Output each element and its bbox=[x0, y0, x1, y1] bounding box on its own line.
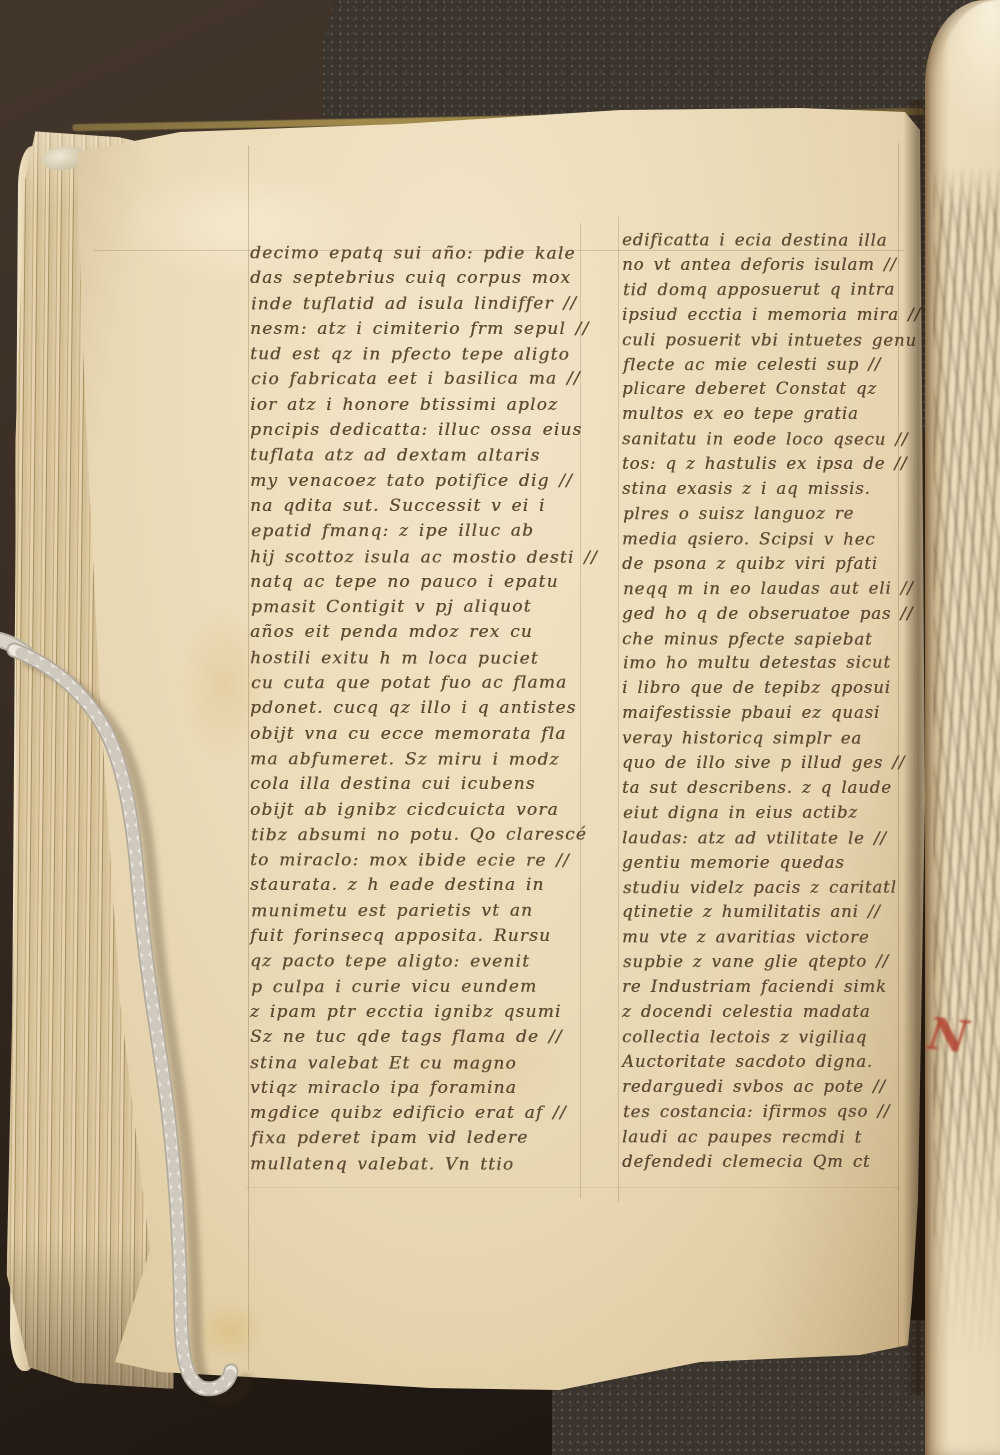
manuscript-line: p culpa i curie vicu eundem bbox=[251, 974, 599, 1000]
text-column-right: edificatta i ecia destina illano vt ante… bbox=[622, 228, 917, 1174]
manuscript-line: hij scottoz isula ac mostio desti // bbox=[250, 545, 598, 571]
manuscript-line: staurata. z h eade destina in bbox=[250, 873, 598, 898]
manuscript-line: redarguedi svbos ac pote // bbox=[622, 1075, 917, 1100]
parchment-stain bbox=[195, 1300, 265, 1360]
manuscript-line: studiu videlz pacis z caritatl bbox=[623, 875, 918, 901]
manuscript-line: ma abfumeret. Sz miru i modz bbox=[250, 747, 598, 773]
manuscript-line: inde tuflatid ad isula lindiffer // bbox=[251, 291, 599, 317]
manuscript-line: cola illa destina cui icubens bbox=[250, 772, 598, 797]
manuscript-line: edificatta i ecia destina illa bbox=[622, 228, 917, 253]
manuscript-line: cio fabricata eet i basilica ma // bbox=[251, 367, 599, 393]
manuscript-line: gentiu memorie quedas bbox=[622, 851, 917, 876]
manuscript-line: tud est qz in pfecto tepe aligto bbox=[250, 342, 598, 368]
manuscript-line: das septebrius cuiq corpus mox bbox=[250, 266, 598, 291]
manuscript-line: decimo epatq sui año: pdie kale bbox=[250, 241, 598, 267]
manuscript-line: ta sut describens. z q laude bbox=[622, 776, 917, 801]
manuscript-line: pdonet. cucq qz illo i q antistes bbox=[250, 696, 598, 721]
manuscript-line: mgdice quibz edificio erat af // bbox=[250, 1101, 598, 1126]
ruling-line-vertical bbox=[248, 145, 249, 1370]
manuscript-line: hostili exitu h m loca puciet bbox=[250, 646, 598, 672]
manuscript-line: ior atz i honore btissimi aploz bbox=[250, 393, 598, 418]
manuscript-line: eiut digna in eius actibz bbox=[623, 801, 918, 827]
manuscript-line: Auctoritate sacdoto digna. bbox=[622, 1050, 917, 1075]
manuscript-line: tos: q z hastulis ex ipsa de // bbox=[622, 452, 917, 477]
manuscript-line: pmasit Contigit v pj aliquot bbox=[251, 595, 599, 621]
manuscript-line: tes costancia: ifirmos qso // bbox=[623, 1099, 918, 1125]
manuscript-line: flecte ac mie celesti sup // bbox=[623, 352, 918, 378]
manuscript-line: sanitatu in eode loco qsecu // bbox=[622, 428, 917, 453]
text-column-left: decimo epatq sui año: pdie kaledas septe… bbox=[250, 241, 598, 1177]
manuscript-line: mullatenq valebat. Vn ttio bbox=[250, 1152, 598, 1178]
manuscript-line: ged ho q de obseruatoe pas // bbox=[622, 602, 917, 627]
manuscript-line: vtiqz miraclo ipa foramina bbox=[250, 1076, 598, 1101]
manuscript-line: de psona z quibz viri pfati bbox=[622, 552, 917, 577]
manuscript-line: tibz absumi no potu. Qo clarescé bbox=[251, 822, 599, 848]
facing-page-corner-highlight bbox=[938, 0, 1000, 130]
manuscript-line: supbie z vane glie qtepto // bbox=[623, 950, 918, 976]
manuscript-line: obijt ab ignibz cicdcuicta vora bbox=[250, 798, 598, 823]
manuscript-line: laudi ac paupes recmdi t bbox=[622, 1125, 917, 1150]
manuscript-line: culi posuerit vbi intuetes genu bbox=[622, 328, 917, 353]
manuscript-line: quo de illo sive p illud ges // bbox=[622, 751, 917, 776]
manuscript-line: epatid fmanq: z ipe illuc ab bbox=[251, 519, 599, 545]
manuscript-line: laudas: atz ad vtilitate le // bbox=[622, 826, 917, 851]
manuscript-line: z ipam ptr ecctia ignibz qsumi bbox=[250, 1000, 598, 1025]
manuscript-line: fixa pderet ipam vid ledere bbox=[251, 1126, 599, 1152]
manuscript-line: años eit penda mdoz rex cu bbox=[250, 620, 598, 645]
manuscript-page: decimo epatq sui año: pdie kaledas septe… bbox=[60, 105, 935, 1395]
manuscript-line: collectia lectois z vigiliaq bbox=[622, 1025, 917, 1050]
manuscript-line: multos ex eo tepe gratia bbox=[622, 402, 917, 427]
manuscript-line: to miraclo: mox ibide ecie re // bbox=[250, 848, 598, 874]
manuscript-line: che minus pfecte sapiebat bbox=[622, 627, 917, 652]
red-initial: N bbox=[925, 1007, 961, 1066]
manuscript-line: natq ac tepe no pauco i epatu bbox=[250, 570, 598, 595]
manuscript-line: obijt vna cu ecce memorata fla bbox=[250, 722, 598, 747]
manuscript-line: stina valebat Et cu magno bbox=[250, 1051, 598, 1077]
manuscript-line: imo ho multu detestas sicut bbox=[623, 651, 918, 677]
manuscript-line: qtinetie z humilitatis ani // bbox=[622, 900, 917, 925]
manuscript-line: nesm: atz i cimiterio frm sepul // bbox=[250, 317, 598, 342]
manuscript-line: na qdita sut. Successit v ei i bbox=[250, 494, 598, 519]
manuscript-line: veray historicq simplr ea bbox=[622, 726, 917, 751]
manuscript-line: re Industriam faciendi simk bbox=[622, 975, 917, 1000]
manuscript-line: tuflata atz ad dextam altaris bbox=[250, 444, 598, 470]
manuscript-line: defendedi clemecia Qm ct bbox=[622, 1150, 917, 1175]
manuscript-line: i libro que de tepibz qposui bbox=[622, 676, 917, 701]
facing-page-fore-edge: N bbox=[925, 0, 1000, 1455]
manuscript-line: media qsiero. Scipsi v hec bbox=[622, 527, 917, 552]
ruling-line-vertical bbox=[618, 217, 619, 1202]
manuscript-line: ipsiud ecctia i memoria mira // bbox=[622, 303, 917, 328]
manuscript-line: tid domq apposuerut q intra bbox=[623, 278, 918, 304]
manuscript-line: plicare deberet Constat qz bbox=[622, 377, 917, 402]
manuscript-line: z docendi celestia madata bbox=[622, 1000, 917, 1025]
manuscript-line: mu vte z avaritias victore bbox=[622, 926, 917, 951]
manuscript-line: stina exasis z i aq missis. bbox=[622, 477, 917, 502]
manuscript-photo: decimo epatq sui año: pdie kaledas septe… bbox=[0, 0, 1000, 1455]
manuscript-line: qz pacto tepe aligto: evenit bbox=[250, 950, 598, 976]
manuscript-line: cu cuta que potat fuo ac flama bbox=[251, 671, 599, 697]
facing-page-blurred-text bbox=[933, 165, 1000, 1400]
manuscript-line: plres o suisz languoz re bbox=[623, 502, 918, 528]
manuscript-line: munimetu est parietis vt an bbox=[251, 898, 599, 924]
manuscript-line: pncipis dedicatta: illuc ossa eius bbox=[250, 418, 598, 443]
manuscript-line: my venacoez tato potifice dig // bbox=[250, 469, 598, 494]
ruling-line-horizontal bbox=[246, 1187, 901, 1188]
manuscript-line: fuit forinsecq apposita. Rursu bbox=[250, 924, 598, 949]
manuscript-line: no vt antea deforis isulam // bbox=[622, 253, 917, 278]
manuscript-line: Sz ne tuc qde tags flama de // bbox=[250, 1025, 598, 1050]
manuscript-line: maifestissie pbaui ez quasi bbox=[622, 701, 917, 726]
manuscript-line: neqq m in eo laudas aut eli // bbox=[623, 576, 918, 602]
